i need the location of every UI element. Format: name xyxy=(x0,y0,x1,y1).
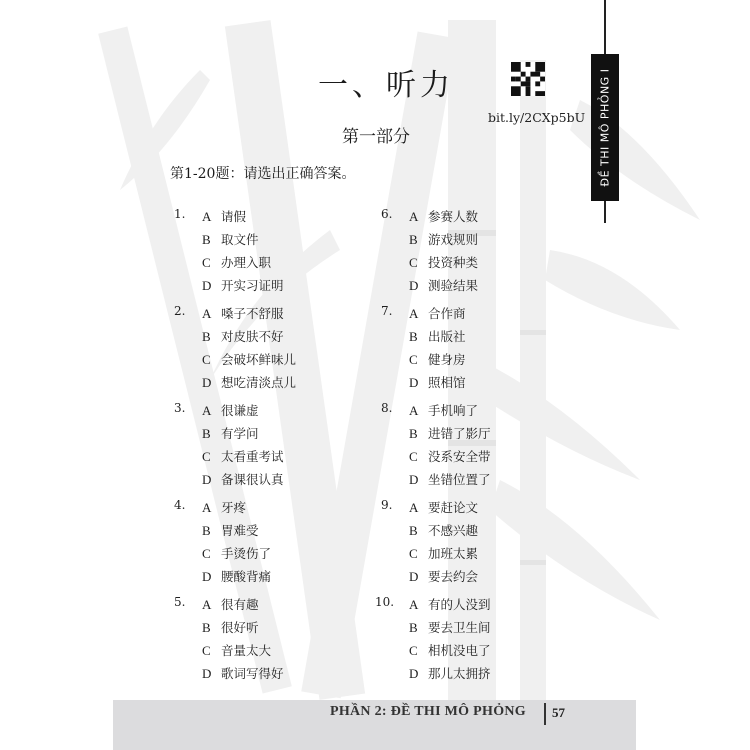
side-tab-label: ĐỀ THI MÔ PHỎNG I xyxy=(599,69,612,187)
option-c: C 没系安全带 xyxy=(409,447,491,465)
option-b: B 要去卫生间 xyxy=(409,618,491,636)
option-d: D 备课很认真 xyxy=(202,470,284,488)
option-b: B 取文件 xyxy=(202,230,259,248)
page-number: 57 xyxy=(552,705,565,721)
option-a: A 参赛人数 xyxy=(409,207,478,225)
option-b: B 不感兴趣 xyxy=(409,521,478,539)
question-number: 4. xyxy=(174,498,185,512)
question-number: 10. xyxy=(375,595,394,609)
option-b: B 进错了影厅 xyxy=(409,424,491,442)
option-a: A 很谦虚 xyxy=(202,401,259,419)
question-number: 6. xyxy=(381,207,392,221)
question-number: 1. xyxy=(174,207,185,221)
side-tab-line-bottom xyxy=(604,201,606,223)
footer-section-title: PHẦN 2: ĐỀ THI MÔ PHỎNG xyxy=(330,704,526,720)
option-a: A 要赶论文 xyxy=(409,498,478,516)
option-b: B 胃难受 xyxy=(202,521,259,539)
option-a: A 合作商 xyxy=(409,304,466,322)
option-b: B 有学问 xyxy=(202,424,259,442)
question-number: 8. xyxy=(381,401,392,415)
option-d: D 歌词写得好 xyxy=(202,664,284,682)
question-number: 2. xyxy=(174,304,185,318)
option-a: A 嗓子不舒服 xyxy=(202,304,284,322)
page-footer: PHẦN 2: ĐỀ THI MÔ PHỎNG 57 xyxy=(113,700,636,750)
option-d: D 照相馆 xyxy=(409,373,466,391)
option-a: A 很有趣 xyxy=(202,595,259,613)
footer-divider xyxy=(544,703,546,725)
qr-link-text[interactable]: bit.ly/2CXp5bU xyxy=(488,110,585,125)
option-b: B 很好听 xyxy=(202,618,259,636)
option-d: D 坐错位置了 xyxy=(409,470,491,488)
side-tab-line-top xyxy=(604,0,606,54)
option-b: B 出版社 xyxy=(409,327,466,345)
section-title: 一、听力 xyxy=(318,60,454,104)
option-c: C 加班太累 xyxy=(409,544,478,562)
option-c: C 办理入职 xyxy=(202,253,271,271)
question-number: 3. xyxy=(174,401,185,415)
option-d: D 测验结果 xyxy=(409,276,478,294)
option-c: C 太看重考试 xyxy=(202,447,284,465)
question-number: 7. xyxy=(381,304,392,318)
option-d: D 开实习证明 xyxy=(202,276,284,294)
book-page: 一、听力 bit.ly/2CXp5bU 第一部分 ĐỀ THI MÔ PHỎNG… xyxy=(0,0,750,750)
option-c: C 投资种类 xyxy=(409,253,478,271)
option-d: D 要去约会 xyxy=(409,567,478,585)
part-subtitle: 第一部分 xyxy=(342,122,410,147)
option-b: B 游戏规则 xyxy=(409,230,478,248)
instruction-text: 第1-20题：请选出正确答案。 xyxy=(170,163,355,183)
option-a: A 有的人没到 xyxy=(409,595,491,613)
question-number: 5. xyxy=(174,595,185,609)
qr-code[interactable] xyxy=(511,62,545,96)
option-d: D 腰酸背痛 xyxy=(202,567,271,585)
side-tab: ĐỀ THI MÔ PHỎNG I xyxy=(591,54,619,201)
option-c: C 健身房 xyxy=(409,350,466,368)
option-a: A 牙疼 xyxy=(202,498,246,516)
option-d: D 那儿太拥挤 xyxy=(409,664,491,682)
option-c: C 会破坏鲜味儿 xyxy=(202,350,296,368)
option-a: A 请假 xyxy=(202,207,246,225)
bamboo-background-illustration xyxy=(0,0,750,750)
option-d: D 想吃清淡点儿 xyxy=(202,373,296,391)
option-b: B 对皮肤不好 xyxy=(202,327,284,345)
option-a: A 手机响了 xyxy=(409,401,478,419)
question-number: 9. xyxy=(381,498,392,512)
option-c: C 相机没电了 xyxy=(409,641,491,659)
option-c: C 音量太大 xyxy=(202,641,271,659)
option-c: C 手烫伤了 xyxy=(202,544,271,562)
